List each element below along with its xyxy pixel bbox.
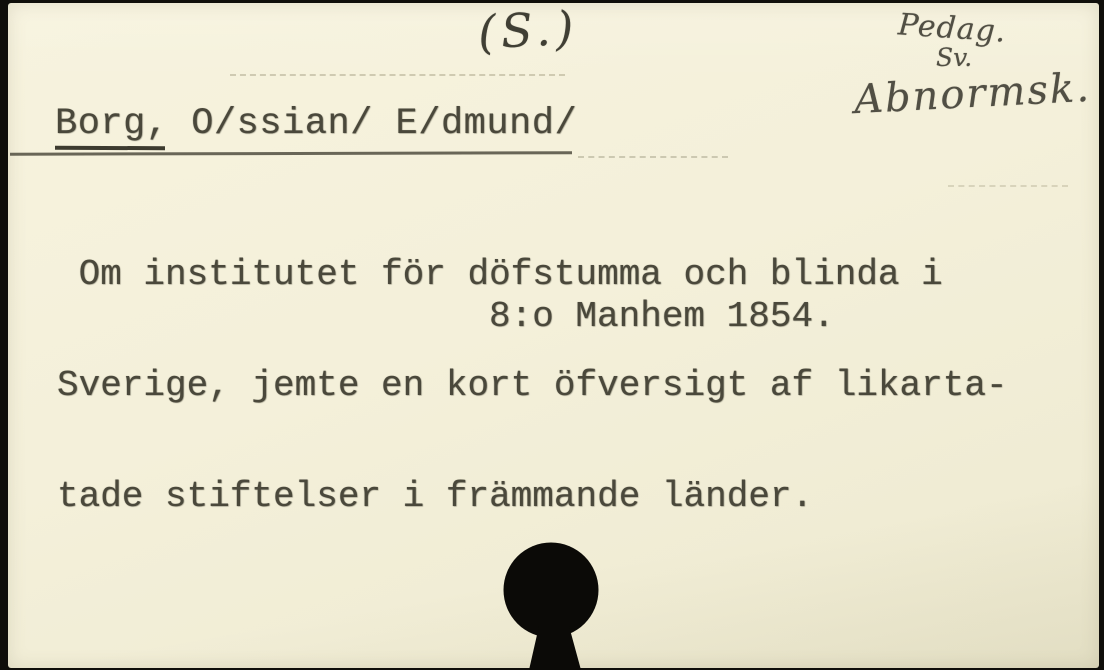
handwritten-subject-sv: Sv. <box>936 43 972 72</box>
catalog-card-scan: (S.) Pedag. Sv. Abnormsk. Borg, O/ssian/… <box>0 0 1104 670</box>
title-line-2: Sverige, jemte en kort öfversigt af lika… <box>57 367 1008 404</box>
punch-hole-icon <box>495 538 613 670</box>
handwritten-subject-abnormsk: Abnormsk. <box>853 65 1092 123</box>
title-line-3: tade stiftelser i främmande länder. <box>57 478 1008 515</box>
heading-rule-faint-tail <box>578 156 728 158</box>
heading-rule <box>10 151 572 155</box>
title-paragraph: Om institutet för döfstumma och blinda i… <box>57 182 1008 589</box>
author-heading: Borg, O/ssian/ E/dmund/ <box>55 103 577 145</box>
index-card: (S.) Pedag. Sv. Abnormsk. Borg, O/ssian/… <box>8 3 1099 668</box>
title-line-1: Om institutet för döfstumma och blinda i <box>57 256 1008 293</box>
typed-underline <box>55 146 165 150</box>
erased-pencil-line <box>230 74 565 76</box>
classification-mark: (S.) <box>477 0 580 59</box>
imprint-line: 8:o Manhem 1854. <box>489 296 835 337</box>
